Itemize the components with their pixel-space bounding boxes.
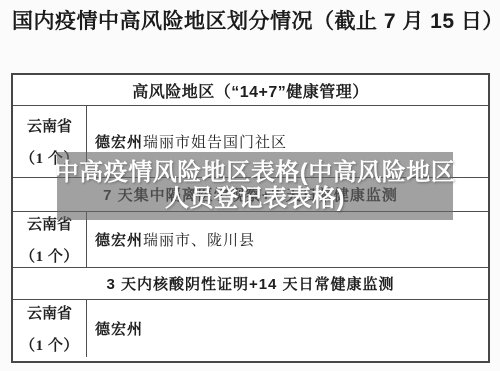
- table-row-region-3: 云南省 （1 个） 德宏州: [13, 300, 488, 357]
- area-detail: 瑞丽市、陇川县: [143, 233, 255, 249]
- table-header-label: 高风险地区（“14+7”健康管理）: [132, 79, 369, 102]
- table-row-policy-2: 3 天内核酸阴性证明+14 天日常健康监测: [13, 268, 488, 300]
- page: 国内疫情中高风险地区划分情况（截止 7 月 15 日） 高风险地区（“14+7”…: [0, 0, 500, 371]
- area-prefix: 德宏州: [95, 233, 143, 249]
- watermark-line-2: 人员登记表表格): [165, 186, 345, 212]
- province-name: 云南省: [27, 115, 72, 136]
- province-count: （1 个）: [20, 334, 79, 355]
- area-cell: 德宏州: [87, 300, 488, 357]
- area-prefix: 德宏州: [95, 322, 143, 338]
- page-title: 国内疫情中高风险地区划分情况（截止 7 月 15 日）: [12, 5, 492, 35]
- table-header-row: 高风险地区（“14+7”健康管理）: [13, 75, 488, 106]
- province-cell: 云南省 （1 个）: [13, 212, 87, 267]
- area-cell: 德宏州瑞丽市、陇川县: [87, 212, 488, 267]
- table-row-region-2: 云南省 （1 个） 德宏州瑞丽市、陇川县: [13, 212, 488, 268]
- province-count: （1 个）: [20, 245, 79, 266]
- area-prefix: 德宏州: [95, 135, 143, 151]
- watermark-overlay: 中高疫情风险地区表格(中高风险地区 人员登记表表格): [57, 152, 453, 220]
- province-name: 云南省: [27, 302, 72, 323]
- province-cell: 云南省 （1 个）: [13, 300, 87, 357]
- area-detail: 瑞丽市姐告国门社区: [143, 135, 287, 151]
- policy-text: 3 天内核酸阴性证明+14 天日常健康监测: [106, 273, 394, 294]
- watermark-line-1: 中高疫情风险地区表格(中高风险地区: [55, 160, 456, 186]
